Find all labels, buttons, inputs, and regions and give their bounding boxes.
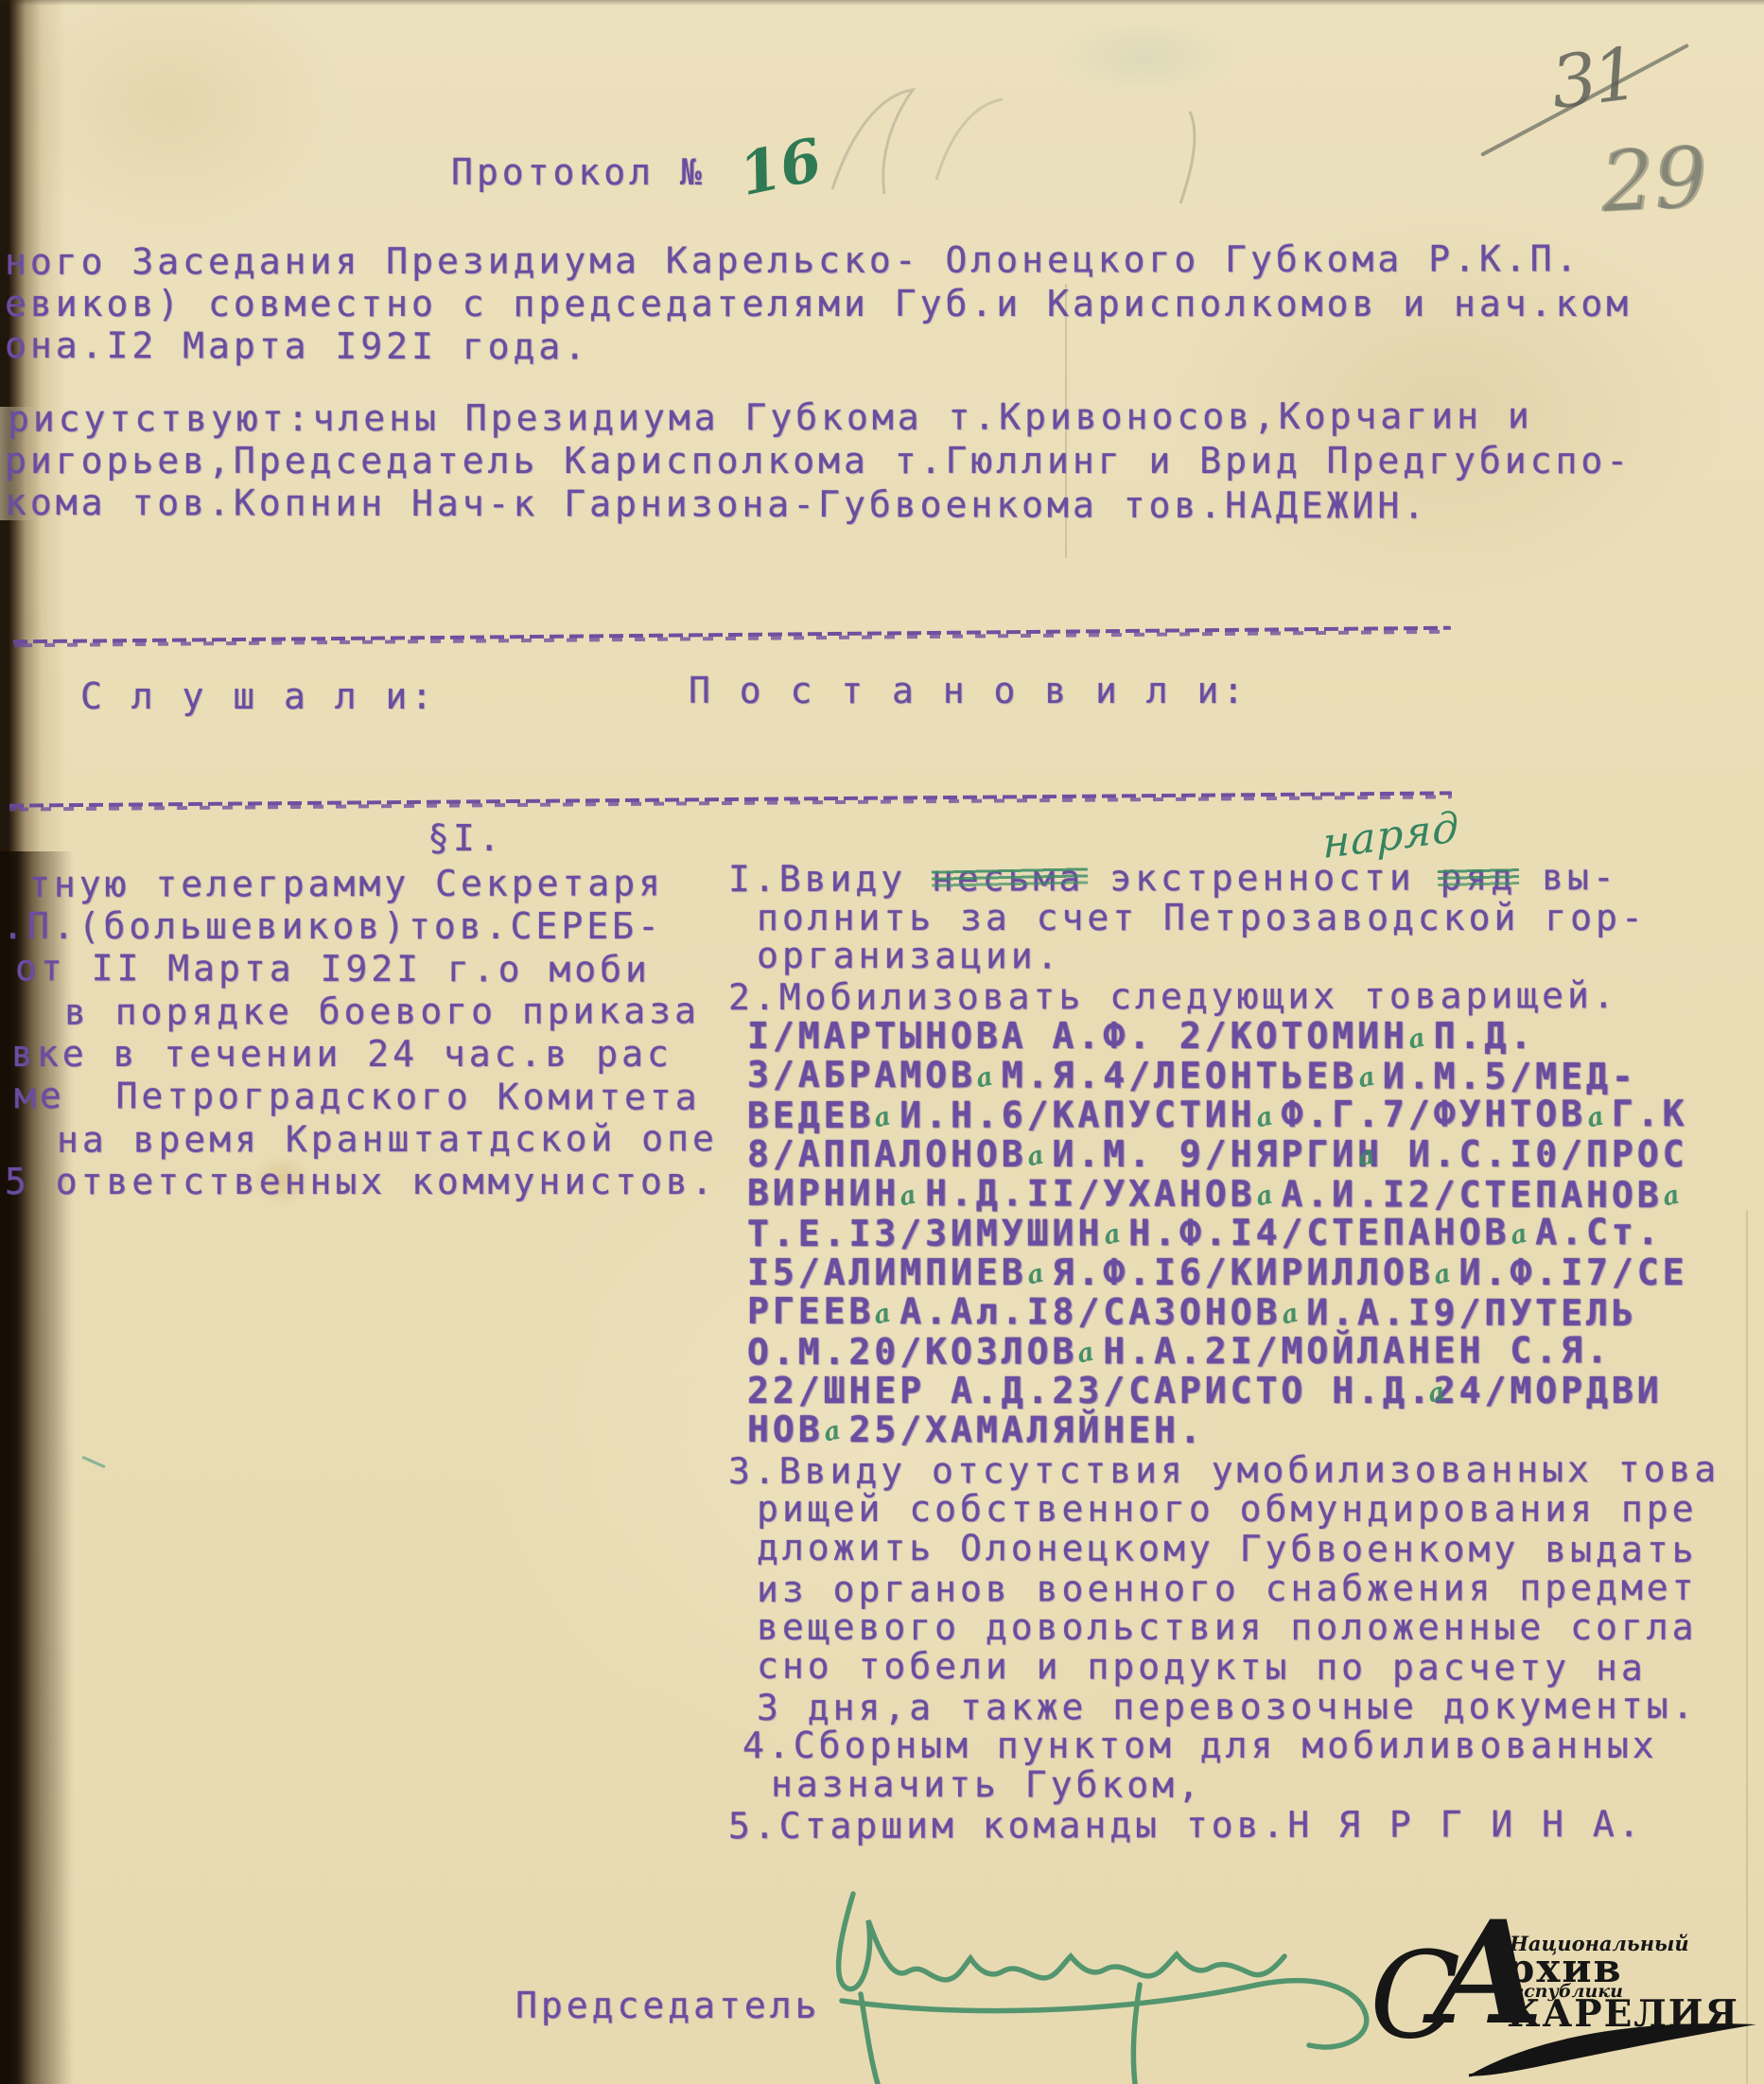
paper-crease bbox=[1746, 1211, 1748, 2084]
green-strikethrough bbox=[1438, 866, 1519, 887]
divider-rule-top bbox=[13, 625, 1451, 649]
typed-line: РГЕЕВ А.Ал.I8/САЗОНОВ И.А.I9/ПУТЕЛЬ bbox=[747, 1291, 1720, 1333]
typed-line: тную телеграмму Секретаря bbox=[28, 862, 718, 906]
typed-line: НОВ 25/ХАМАЛЯЙНЕН. bbox=[747, 1410, 1720, 1452]
pencil-page-number: 29 bbox=[1598, 128, 1708, 231]
scanned-protocol-page: 31 29 Протокол № 16 ного Заседания Прези… bbox=[0, 0, 1764, 2084]
typed-line: она.I2 Марта I92I года. bbox=[5, 324, 1632, 371]
heard-column-header: С л у ш а л и: bbox=[80, 675, 436, 717]
resolved-column-header: П о с т а н о в и л и: bbox=[689, 670, 1248, 711]
divider-rule-bottom bbox=[9, 790, 1452, 812]
typed-line: 3 дня,а также перевозочные документы. bbox=[757, 1687, 1720, 1728]
typed-line: вещевого довольствия положенные согла bbox=[757, 1608, 1720, 1648]
typed-line: вке в течении 24 час.в рас bbox=[11, 1033, 718, 1076]
protocol-number-handwritten: 16 bbox=[733, 125, 828, 209]
typed-line: организации. bbox=[757, 937, 1720, 978]
typed-line: Т.Е.I3/ЗИМУШИН Н.Ф.I4/СТЕПАНОВ А.Ст. bbox=[747, 1213, 1720, 1254]
typed-line: 4.Сборным пунктом для мобиливованных bbox=[742, 1726, 1720, 1766]
typed-line: I/МАРТЫНОВА А.Ф. 2/КОТОМИН П.Д. bbox=[747, 1017, 1720, 1057]
resolved-column-text: I.Ввиду несьма экстренности ряд вы-полни… bbox=[728, 859, 1720, 1846]
typed-line: 22/ШНЕР А.Д.23/САРИСТО Н.Д.24/МОРДВИ bbox=[747, 1372, 1720, 1411]
heard-column-text: тную телеграмму Секретаря.П.(большевиков… bbox=[0, 863, 718, 1203]
typed-line: дложить Олонецкому Губвоенкому выдать bbox=[757, 1529, 1720, 1570]
typed-line: евиков) совместно с председателями Губ.и… bbox=[5, 282, 1632, 325]
typed-line: З/АБРАМОВ М.Я.4/ЛЕОНТЬЕВ И.М.5/МЕД- bbox=[747, 1055, 1720, 1096]
typed-line: сно тобели и продукты по расчету на bbox=[757, 1647, 1720, 1689]
typed-line: кома тов.Копнин Нач-к Гарнизона-Губвоенк… bbox=[5, 481, 1632, 528]
typed-line: 8/АППАЛОНОВ И.М. 9/НЯРГИН И.С.I0/ПРОС bbox=[747, 1135, 1720, 1175]
typed-line: О.М.20/КОЗЛОВ Н.А.2I/МОЙЛАНЕН С.Я. bbox=[747, 1331, 1720, 1373]
protocol-title: Протокол № bbox=[451, 151, 706, 193]
chairman-signature bbox=[813, 1873, 1400, 2084]
green-strikethrough bbox=[932, 865, 1088, 887]
typed-line: из органов военного снабжения предмет bbox=[757, 1568, 1720, 1610]
typed-line: 3.Ввиду отсутствия умобилизованных това bbox=[728, 1449, 1720, 1491]
typed-line: 5.Старшим команды тов.Н Я Р Г И Н А. bbox=[728, 1805, 1720, 1847]
section-mark: §I. bbox=[428, 817, 504, 859]
typed-line: I5/АЛИМПИЕВ Я.Ф.I6/КИРИЛЛОВ И.Ф.I7/СЕ bbox=[747, 1253, 1720, 1293]
typed-line: 5 ответственных коммунистов. bbox=[5, 1161, 718, 1203]
typed-line: .П.(большевиков)тов.СЕРЕБ- bbox=[2, 905, 718, 948]
pencil-ghost-scribble bbox=[795, 19, 1249, 227]
typed-line: полнить за счет Петрозаводской гор- bbox=[757, 899, 1720, 938]
typed-line: ВИРНИН Н.Д.II/УХАНОВ А.И.I2/СТЕПАНОВ bbox=[747, 1173, 1720, 1215]
typed-line: на время Кранштатдской опе bbox=[57, 1117, 718, 1161]
typed-line: рищей собственного обмундирования пре bbox=[757, 1490, 1720, 1530]
watermark-line-karelia: КАРЕЛИЯ bbox=[1507, 1992, 1739, 2036]
typed-line: ригорьев,Председатель Карисполкома т.Гюл… bbox=[5, 439, 1632, 482]
typed-line: рисутствуют:члены Президиума Губкома т.К… bbox=[8, 394, 1632, 441]
typed-line: 2.Мобилизовать следующих товарищей. bbox=[728, 976, 1720, 1018]
chairman-label: Председатель bbox=[515, 1985, 821, 2026]
typed-line: в порядке боевого приказа bbox=[64, 989, 718, 1033]
typed-line: от II Марта I92I г.о моби bbox=[15, 947, 718, 991]
attendees-paragraph: рисутствуют:члены Президиума Губкома т.К… bbox=[5, 395, 1632, 526]
typed-line: I.Ввиду несьма экстренности ряд вы- bbox=[728, 858, 1720, 900]
typed-line: ме Петроградского Комитета bbox=[14, 1075, 718, 1119]
ink-speck bbox=[82, 1456, 106, 1468]
intro-paragraph: ного Заседания Президиума Карельско- Оло… bbox=[5, 238, 1632, 369]
top-edge-shadow bbox=[0, 0, 1764, 6]
typed-line: ного Заседания Президиума Карельско- Оло… bbox=[5, 236, 1632, 284]
typed-line: назначить Губком, bbox=[771, 1765, 1720, 1807]
